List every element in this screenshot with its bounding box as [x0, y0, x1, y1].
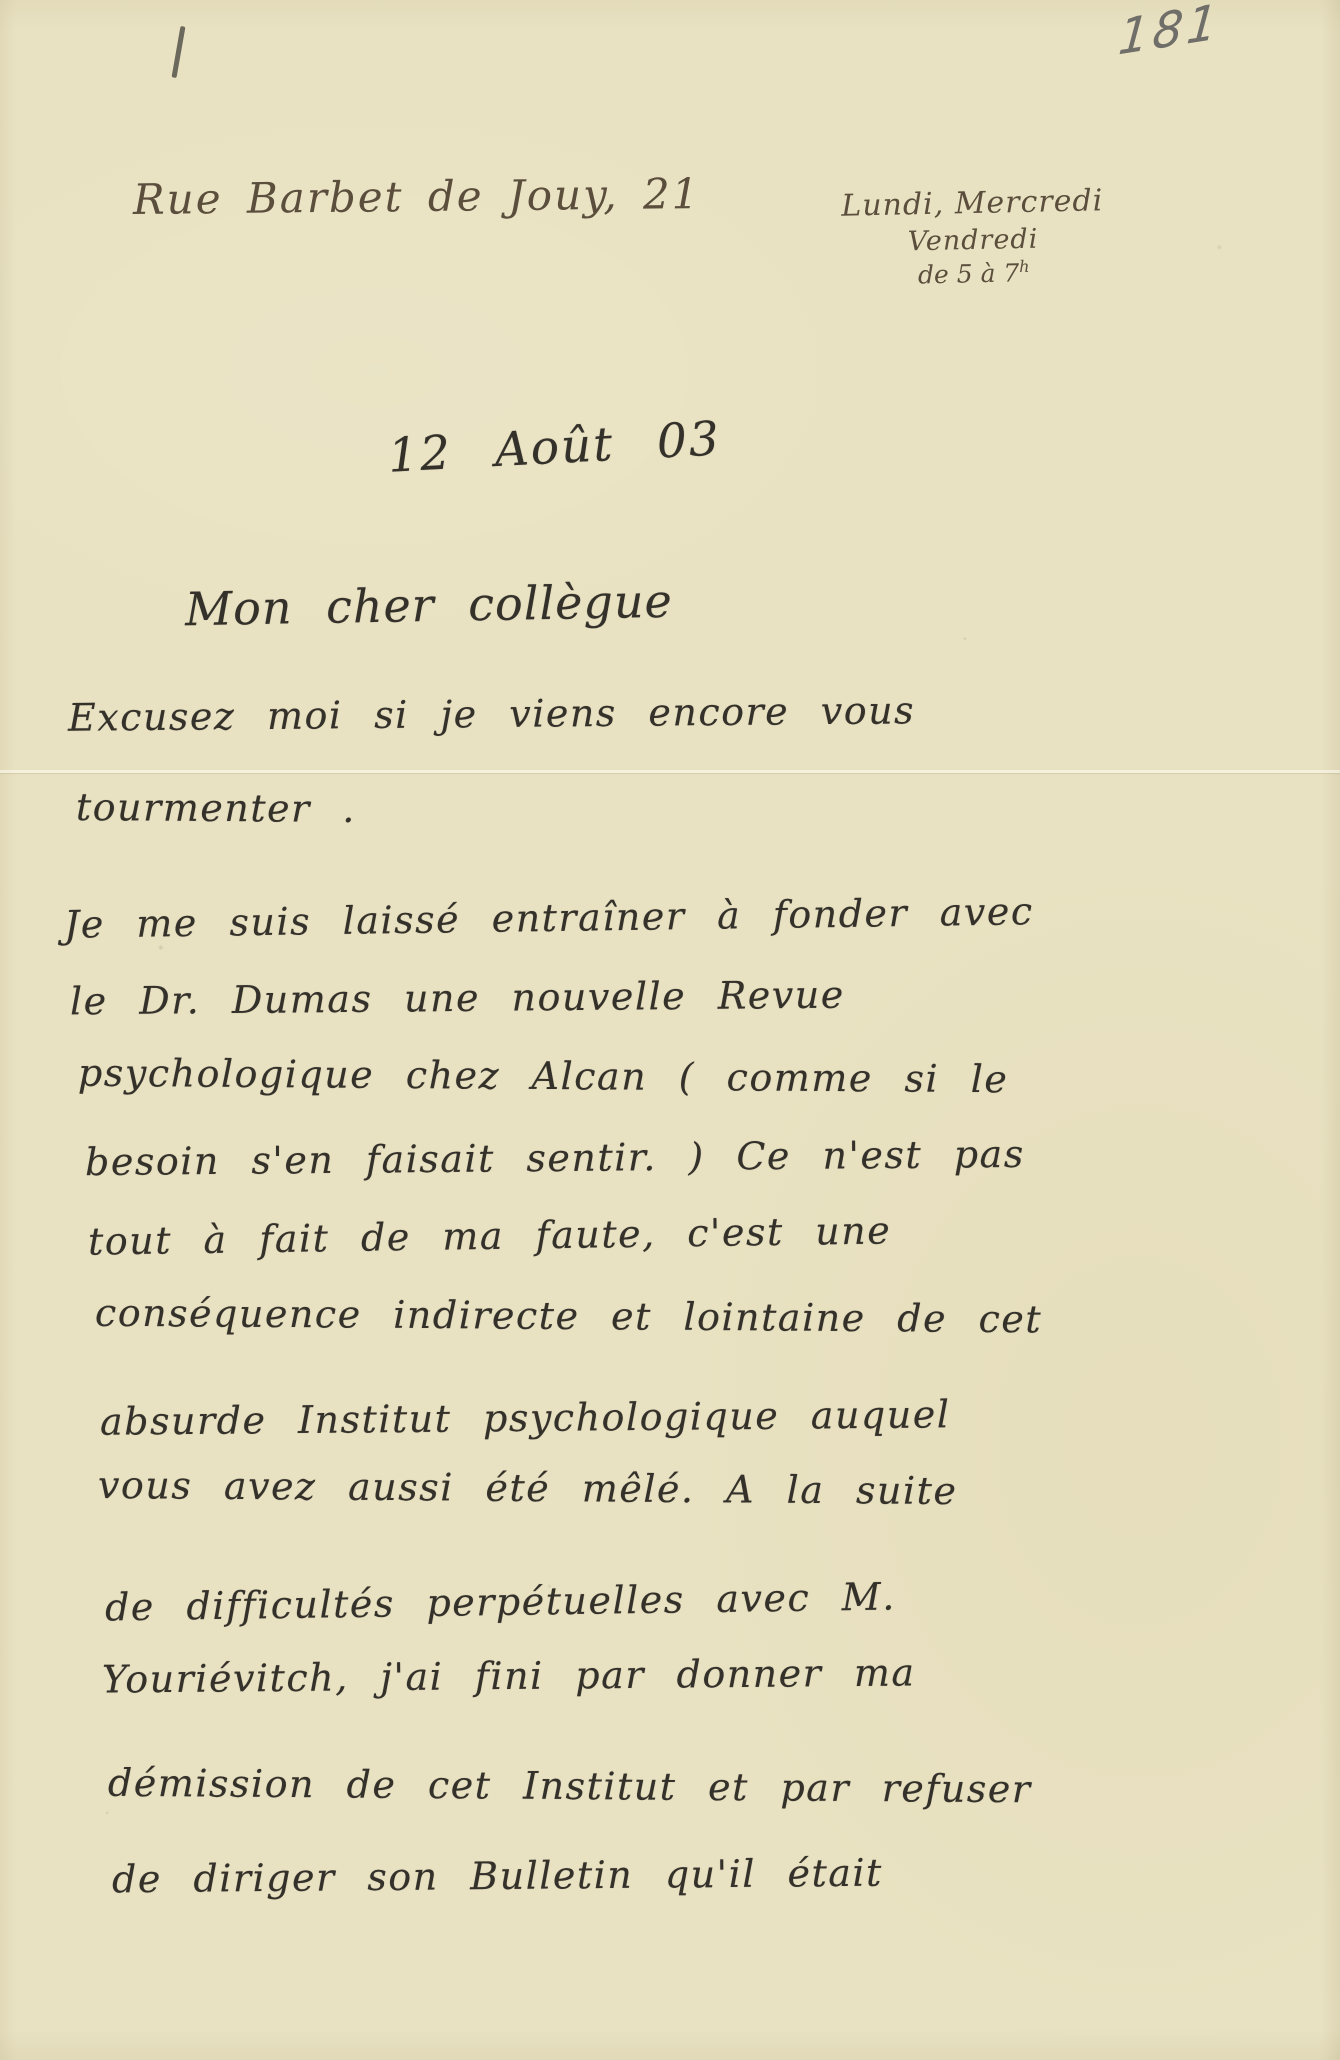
schedule-hours-superscript: h: [1019, 257, 1030, 276]
schedule-hours-text: de 5 à 7: [918, 258, 1020, 289]
body-line: de diriger son Bulletin qu'il était: [112, 1851, 883, 1902]
fold-crease: [0, 770, 1340, 773]
body-line: tout à fait de ma faute, c'est une: [88, 1208, 892, 1263]
schedule-days-line2: Vendredi: [808, 222, 1139, 260]
body-line: Je me suis laissé entraîner à fonder ave…: [64, 889, 1034, 947]
letterhead-schedule: Lundi, Mercredi Vendredi de 5 à 7h: [807, 183, 1139, 292]
salutation: Mon cher collègue: [185, 574, 674, 637]
schedule-hours: de 5 à 7h: [808, 255, 1139, 292]
schedule-days-line1: Lundi, Mercredi: [807, 183, 1138, 225]
date-line: 12 Août 03: [387, 411, 722, 483]
body-line: vous avez aussi été mêlé. A la suite: [98, 1463, 958, 1513]
body-line: absurde Institut psychologique auquel: [100, 1392, 951, 1443]
body-line: conséquence indirecte et lointaine de ce…: [95, 1291, 1042, 1342]
body-line: Youriévitch, j'ai fini par donner ma: [102, 1650, 916, 1701]
body-line: démission de cet Institut et par refuser: [108, 1761, 1032, 1811]
body-line: besoin s'en faisait sentir. ) Ce n'est p…: [85, 1132, 1025, 1184]
body-line: Excusez moi si je viens encore vous: [68, 688, 915, 739]
body-line: psychologique chez Alcan ( comme si le: [78, 1051, 1009, 1101]
corner-mark: [172, 26, 186, 78]
letter-page: 181 Rue Barbet de Jouy, 21 Lundi, Mercre…: [0, 0, 1340, 2060]
body-line: tourmenter .: [76, 785, 356, 831]
body-line: de difficultés perpétuelles avec M.: [105, 1574, 896, 1629]
page-number: 181: [1116, 0, 1223, 67]
letterhead-address: Rue Barbet de Jouy, 21: [133, 169, 701, 224]
body-line: le Dr. Dumas une nouvelle Revue: [70, 973, 845, 1024]
